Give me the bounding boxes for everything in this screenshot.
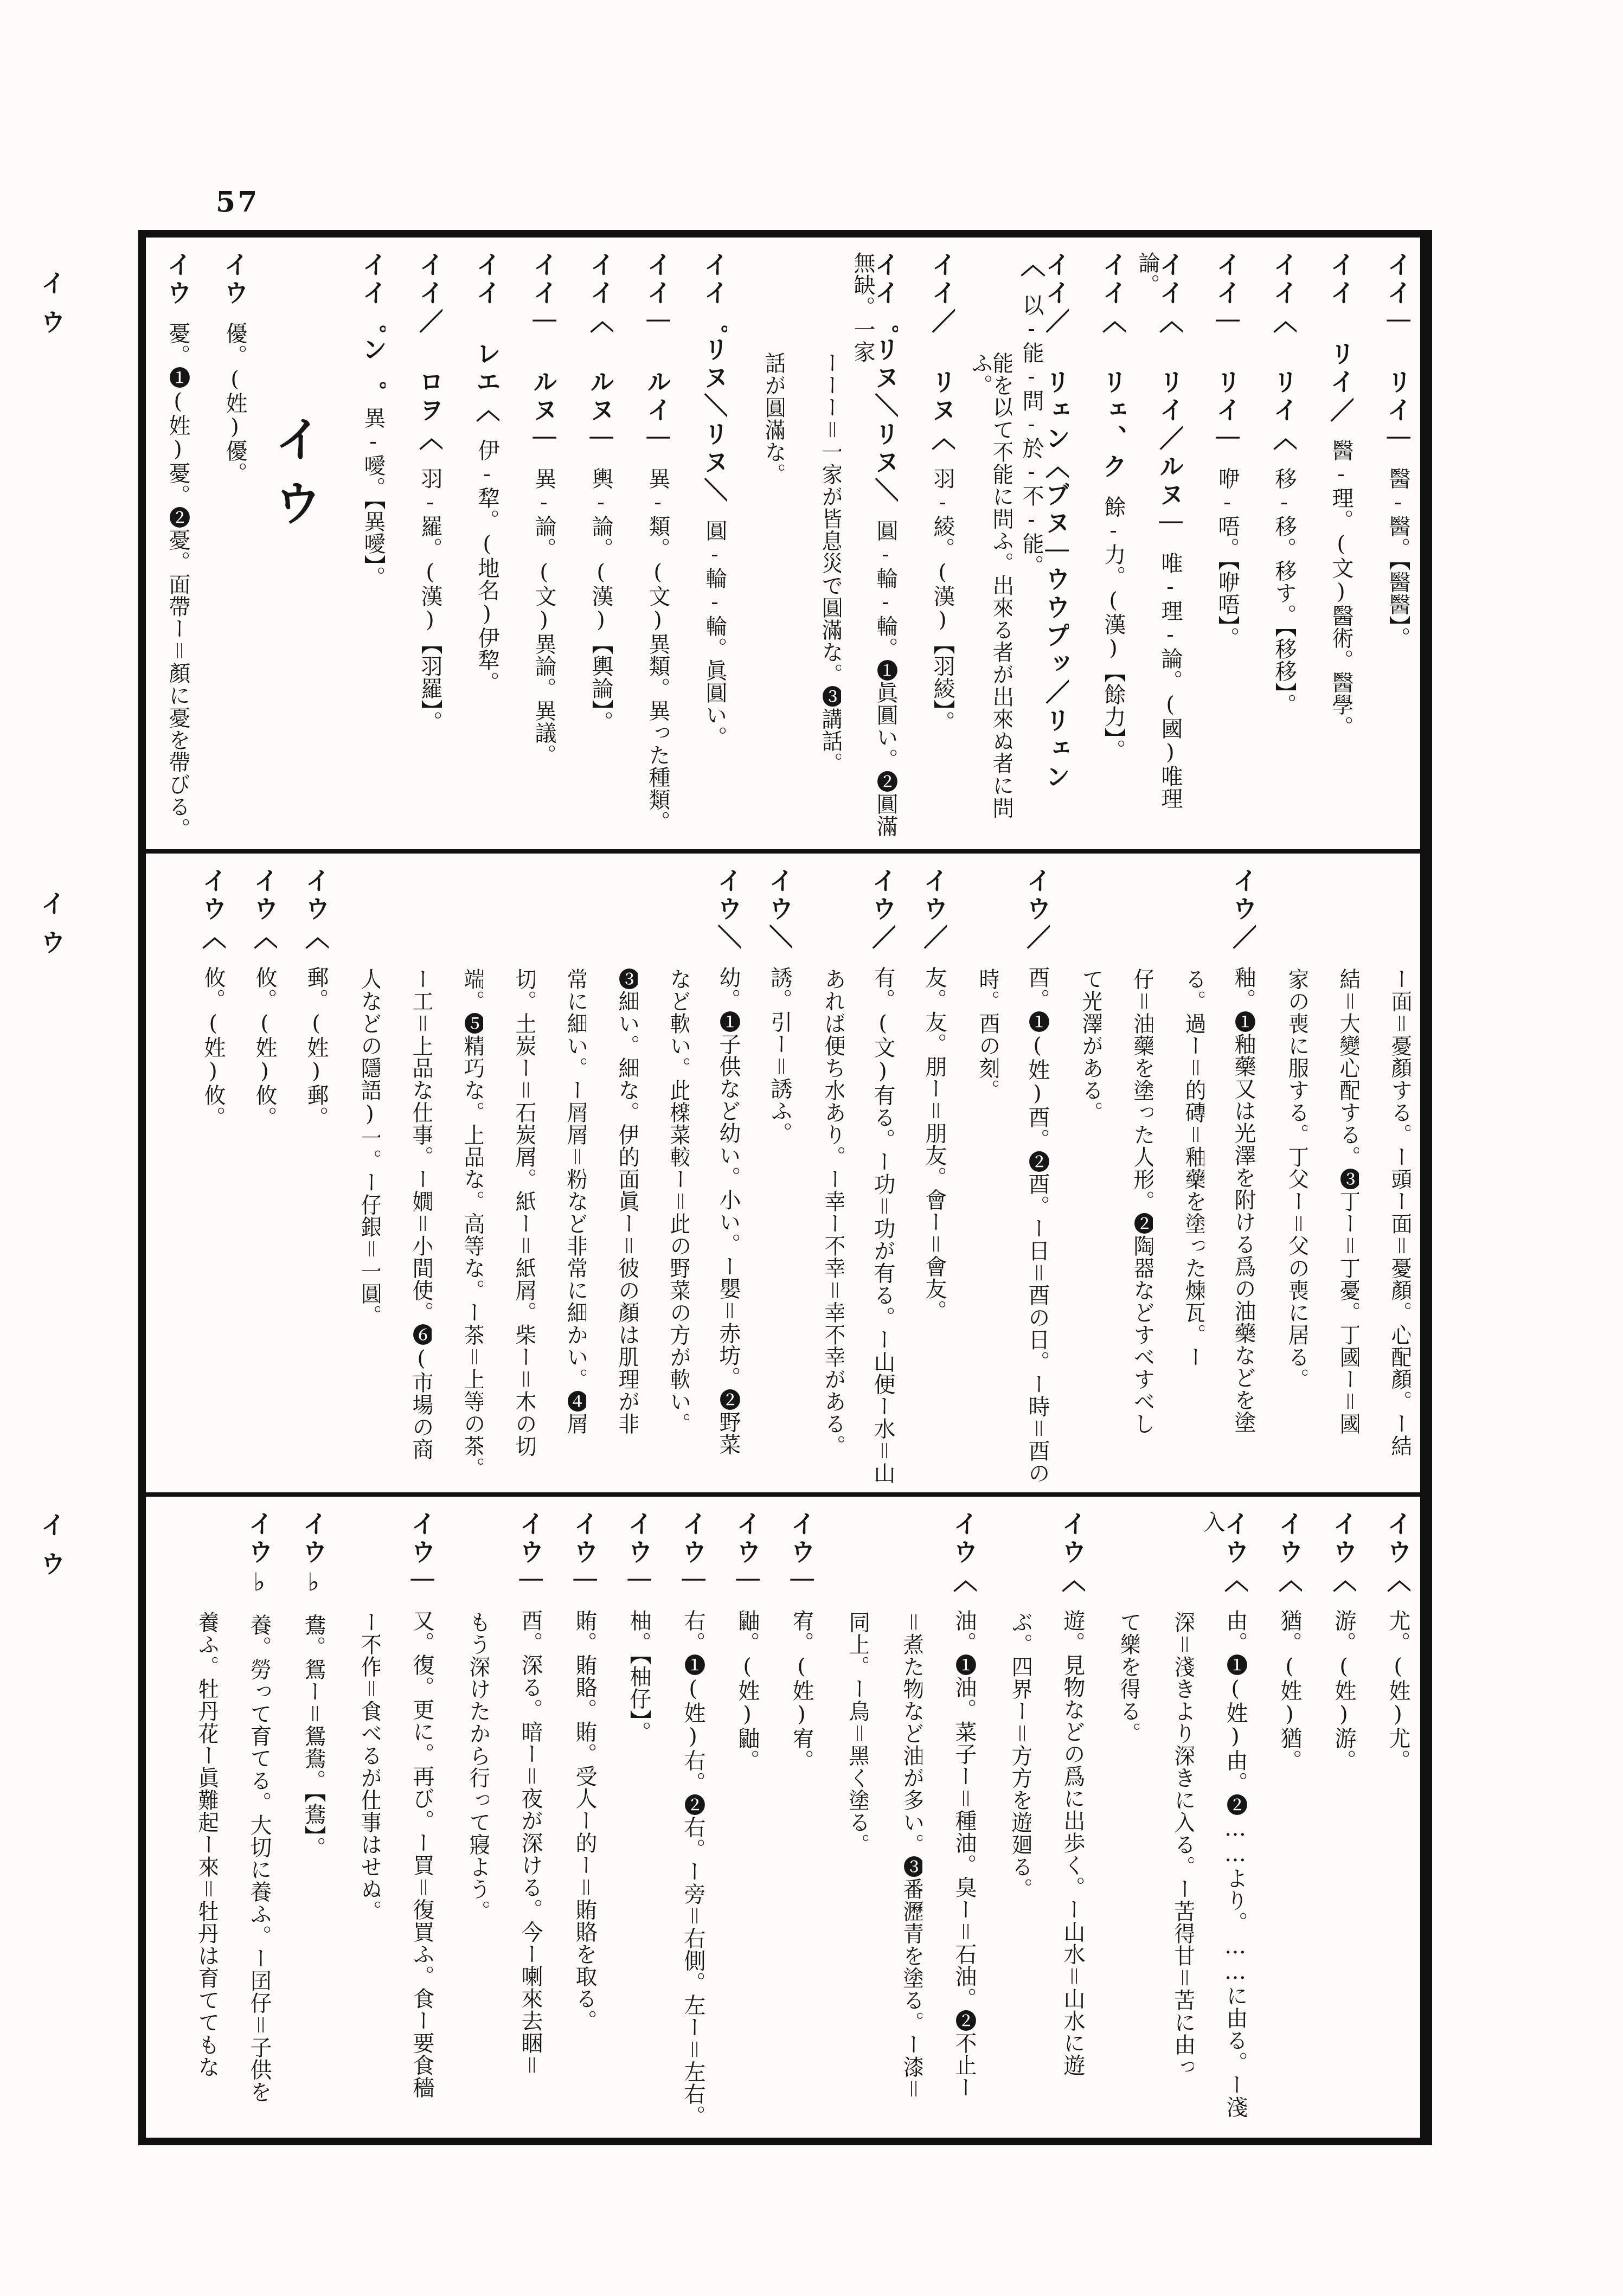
- dictionary-column: 結＝大變心配する。❸丁ー＝丁憂。丁國ー＝國: [1307, 868, 1359, 1485]
- pronunciation-head: イウ〈: [1329, 1511, 1356, 1595]
- dictionary-column: 人などの隱語)一。ー仔銀＝一圓。: [329, 868, 380, 1485]
- entry-text: 移-移。移す。【移移】。: [1272, 467, 1297, 716]
- dictionary-column: イウ｜柚。【柚仔】。: [597, 1511, 651, 2130]
- pronunciation-head: イウ〈: [198, 868, 226, 952]
- entry-text: 時。酉の刻。: [976, 968, 998, 1101]
- entry-text: 人などの隱語)一。ー仔銀＝一圓。: [357, 968, 380, 1327]
- pronunciation-head: イウ｜: [733, 1511, 760, 1595]
- entry-text: 宥。(姓)宥。: [789, 1609, 814, 1772]
- entry-text: ー工＝上品な仕事。ー嫺＝小間使。❻(市場の商: [409, 968, 432, 1460]
- entry-text: 深＝淺きより深きに入る。ー苦得甘＝苦に由っ: [1171, 1611, 1194, 2078]
- entry-text: 酉。深る。暗ー＝夜が深ける。今ー喇來去睏＝: [518, 1609, 543, 2076]
- dictionary-column: ーーー＝一家が皆息災で圓滿な。❸講話。: [784, 252, 841, 842]
- entry-text: 鴦。鴛ー＝鴛鴦。【鴦】。: [301, 1614, 326, 1859]
- entry-text: ー面＝憂顏する。ー頭ー面＝憂顏。心配顏。ー結: [1388, 968, 1410, 1457]
- dictionary-column: る。過ー＝的磚＝釉藥を塗った煉瓦。ー: [1153, 868, 1204, 1485]
- pronunciation-head: イウ／: [1229, 868, 1256, 952]
- dict-section-bottom: イウ〈尤。(姓)尤。イウ〈游。(姓)游。イウ〈猶。(姓)猶。イウ〈由。❶(姓)由…: [146, 1492, 1420, 2138]
- dictionary-column: 話が圓滿な。: [727, 252, 784, 842]
- dictionary-column: 切。土炭ー＝石炭屑。紙ー＝紙屑。柴ー＝木の切: [483, 868, 535, 1485]
- entry-text: 養。勞って育てる。大切に養ふ。ー囝仔＝子供を: [247, 1614, 272, 2103]
- dictionary-column: イイ゜リヌ＼リヌ＼圓-輪-輪。眞圓い。: [670, 252, 727, 842]
- entry-text: 咿-唔。【咿唔】。: [1215, 467, 1240, 649]
- entry-text: 釉。❶釉藥又は光澤を附ける爲の油藥などを塗: [1231, 966, 1256, 1433]
- pronunciation-head: イウ＼: [765, 868, 792, 952]
- pronunciation-head: イウ〈: [301, 868, 329, 952]
- dictionary-column: 同上。ー烏＝黑く塗る。: [814, 1511, 868, 2130]
- entry-text: る。過ー＝的磚＝釉藥を塗った煉瓦。ー: [1182, 968, 1204, 1368]
- dictionary-column: イウ♭鴦。鴛ー＝鴛鴦。【鴦】。: [272, 1511, 326, 2130]
- dictionary-column: など軟い。此檪菜較ー＝此の野菜の方が軟い。: [638, 868, 689, 1485]
- pronunciation-head: イウ／: [920, 868, 947, 952]
- dictionary-column: イウ／有。(文)有る。ー功＝功が有る。ー山便ー水＝山: [844, 868, 895, 1485]
- margin-label: イウ: [31, 270, 69, 348]
- pronunciation-head: イイ゜リヌ＼リヌ＼: [700, 252, 727, 505]
- dictionary-column: イウ〈遊。見物などの爲に出歩く。ー山水＝山水に遊: [1031, 1511, 1085, 2130]
- dictionary-column: イウ〈猶。(姓)猶。: [1248, 1511, 1302, 2130]
- pronunciation-head: イイ〈 リェ、ク: [1099, 252, 1126, 482]
- entry-text: 酉。❶(姓)酉。❷酉。ー日＝酉の日。ー時＝酉の: [1025, 966, 1050, 1484]
- dictionary-column: イイ｜ リイ｜咿-唔。【咿唔】。: [1183, 252, 1240, 842]
- entry-text: 柚。【柚仔】。: [626, 1609, 651, 1743]
- pronunciation-head: イウ｜: [787, 1511, 814, 1595]
- entry-text: 常に細い。ー屑屑＝粉など非常に細かい。❹屑: [563, 968, 586, 1435]
- dictionary-column: 時。酉の刻。: [947, 868, 998, 1485]
- dictionary-column: 常に細い。ー屑屑＝粉など非常に細かい。❹屑: [535, 868, 586, 1485]
- scanned-dictionary-page: { "page": { "number": "57" }, "colors": …: [0, 0, 1623, 2296]
- entry-text: もう深けたから行って寢よう。: [466, 1611, 489, 1922]
- dictionary-column: イイ リイ／醫-理。(文)醫術。醫學。: [1297, 252, 1353, 842]
- dictionary-column: イウ〈游。(姓)游。: [1302, 1511, 1356, 2130]
- dictionary-column: イイ｜ リイ｜醫-醫。【醫醫】。: [1353, 252, 1410, 842]
- entry-text: 又。復。更に。再び。ー買＝復買ふ。食ー要食穡: [409, 1609, 434, 2099]
- entry-text: 尤。(姓)尤。: [1385, 1609, 1410, 1772]
- entry-text: 輿-論。(漢)【輿論】。: [588, 467, 613, 733]
- entry-text: 郵。(姓)郵。: [304, 966, 329, 1128]
- dictionary-column: イウ｜賄。賄賂。賄。受人ー的ー＝賄賂を取る。: [543, 1511, 597, 2130]
- section-heading-column: イウ: [247, 252, 329, 842]
- pronunciation-head: イウ｜: [407, 1511, 434, 1595]
- entry-text: 憂。❶(姓)憂。❷憂。面帶ー＝顏に憂を帶びる。: [165, 322, 190, 840]
- entry-text: ＝煮た物など油が多い。❸番瀝青を塗る。ー漆＝: [900, 1611, 922, 2100]
- dictionary-column: 家の喪に服する。丁父ー＝父の喪に居る。: [1256, 868, 1307, 1485]
- pronunciation-head: イイ｜ ルイ｜: [643, 252, 670, 453]
- entry-text: ー不作＝食べるが仕事はせぬ。: [357, 1611, 380, 1922]
- pronunciation-head: イウ〈: [250, 868, 277, 952]
- dict-section-top: イイ｜ リイ｜醫-醫。【醫醫】。イイ リイ／醫-理。(文)醫術。醫學。イイ〈 リ…: [146, 238, 1420, 849]
- pronunciation-head: イウ〈: [1383, 1511, 1410, 1595]
- entry-text: 油。❶油。菜子ー＝種油。臭ー＝石油。❷不止ー: [952, 1609, 977, 2099]
- dictionary-column: イイ｜ ルヌ｜異-論。(文)異論。異議。: [499, 252, 556, 842]
- dictionary-column: イイ／ ロヲ〈羽-羅。(漢)【羽羅】。: [386, 252, 442, 842]
- dictionary-column: ぶ。四界ー＝方方を遊廻る。: [977, 1511, 1031, 2130]
- dictionary-column: イイ〈 リイ〈移-移。移す。【移移】。: [1240, 252, 1297, 842]
- margin-label: イウ: [31, 1512, 69, 1590]
- pronunciation-head: イウ〈: [1058, 1511, 1085, 1595]
- dictionary-column: ー工＝上品な仕事。ー嫺＝小間使。❻(市場の商: [380, 868, 432, 1485]
- margin-label: イウ: [31, 890, 69, 969]
- pronunciation-head: イウ／: [1023, 868, 1050, 952]
- entry-text: 切。土炭ー＝石炭屑。紙ー＝紙屑。柴ー＝木の切: [512, 968, 535, 1457]
- pronunciation-head: イウ〈: [1275, 1511, 1302, 1595]
- dictionary-column: 養ふ。牡丹花ー眞難起ー來＝牡丹は育ててもな: [163, 1511, 217, 2130]
- pronunciation-head: イウ｜: [624, 1511, 651, 1595]
- pronunciation-head: イウ♭: [299, 1511, 326, 1600]
- content-frame: イイ｜ リイ｜醫-醫。【醫醫】。イイ リイ／醫-理。(文)醫術。醫學。イイ〈 リ…: [138, 230, 1432, 2145]
- dictionary-column: イウ＼誘。引ー＝誘ふ。: [741, 868, 792, 1485]
- entry-text: 由。❶(姓)由。❷……より。……に由る。ー淺入: [1200, 1511, 1248, 2118]
- pronunciation-head: イイ リイ／: [1326, 252, 1353, 425]
- entry-text: 羽-綾。(漢)【羽綾】。: [930, 467, 955, 733]
- entry-text: 餘-力。(漢)【餘力】。: [1101, 496, 1126, 761]
- dictionary-column: イウ♭養。勞って育てる。大切に養ふ。ー囝仔＝子供を: [217, 1511, 272, 2130]
- dictionary-column: イウ＼幼。❶子供など幼い。小い。ー嬰＝赤坊。❷野菜: [689, 868, 741, 1485]
- dictionary-column: ー面＝憂顏する。ー頭ー面＝憂顏。心配顏。ー結: [1359, 868, 1410, 1485]
- dictionary-column: イウ｜右。❶(姓)右。❷右。ー旁＝右側。左ー＝左右。: [651, 1511, 705, 2130]
- pronunciation-head: イイ｜ リイ｜: [1383, 252, 1410, 453]
- dictionary-column: イウ〈郵。(姓)郵。: [277, 868, 329, 1485]
- entry-text: 有。(文)有る。ー功＝功が有る。ー山便ー水＝山: [870, 966, 895, 1484]
- pronunciation-head: イウ｜: [570, 1511, 597, 1595]
- pronunciation-head: イウ＼: [714, 868, 741, 952]
- pronunciation-head: イウ♭: [245, 1511, 272, 1600]
- dictionary-column: イウ憂。❶(姓)憂。❷憂。面帶ー＝顏に憂を帶びる。: [146, 252, 190, 842]
- dictionary-column: 仔＝油藥を塗った人形。❷陶器などすべすべし: [1101, 868, 1153, 1485]
- dictionary-column: イイ〈 リイ／ルヌ｜唯-理-論。(國)唯理論。: [1126, 252, 1183, 842]
- dictionary-column: 能を以て不能に問ふ。出來る者が出來ぬ者に問ふ。: [955, 252, 1012, 842]
- entry-text: て光澤がある。: [1079, 968, 1101, 1124]
- dictionary-column: て光澤がある。: [1050, 868, 1101, 1485]
- dictionary-column: イウ｜宥。(姓)宥。: [760, 1511, 814, 2130]
- entry-text: 攸。(姓)攸。: [201, 966, 226, 1128]
- dictionary-column: イウ／友。友。朋ー＝朋友。會ー＝會友。: [895, 868, 947, 1485]
- entry-text: 話が圓滿な。: [761, 352, 784, 485]
- dictionary-column: イイ゜ン゜異-噯。【異噯】。: [329, 252, 386, 842]
- entry-text: 異-論。(文)異論。異議。: [531, 467, 556, 766]
- dictionary-column: あれば便ち水あり。ー幸ー不幸＝幸不幸がある。: [792, 868, 844, 1485]
- entry-text: ❸細い。細な。伊的面眞ー＝彼の顏は肌理が非: [615, 968, 638, 1435]
- entry-text: 結＝大變心配する。❸丁ー＝丁憂。丁國ー＝國: [1336, 968, 1359, 1435]
- pronunciation-head: イイ〈 ルヌ｜: [586, 252, 613, 453]
- entry-text: 幼。❶子供など幼い。小い。ー嬰＝赤坊。❷野菜: [716, 966, 741, 1455]
- entry-text: など軟い。此檪菜較ー＝此の野菜の方が軟い。: [666, 968, 689, 1435]
- pronunciation-head: イイ／ リヌ〈: [928, 252, 955, 453]
- pronunciation-head: イイ／ ロヲ〈: [415, 252, 442, 453]
- pronunciation-head: イウ: [220, 252, 247, 308]
- dictionary-column: イウ｜酉。深る。暗ー＝夜が深ける。今ー喇來去睏＝: [489, 1511, 543, 2130]
- dictionary-column: イイ〈 ルヌ｜輿-論。(漢)【輿論】。: [556, 252, 613, 842]
- pronunciation-head: イウ／: [868, 868, 895, 952]
- entry-text: 鼬。(姓)鼬。: [735, 1609, 760, 1772]
- entry-text: 賄。賄賂。賄。受人ー的ー＝賄賂を取る。: [572, 1609, 597, 2032]
- dictionary-column: ー不作＝食べるが仕事はせぬ。: [326, 1511, 380, 2130]
- entry-text: 家の喪に服する。丁父ー＝父の喪に居る。: [1285, 968, 1307, 1390]
- dictionary-column: イウ優。(姓)優。: [190, 252, 247, 842]
- pronunciation-head: イウ｜: [678, 1511, 705, 1595]
- entry-text: 端。❺精巧な。上品な。高等な。ー茶＝上等の茶。: [460, 968, 483, 1479]
- dictionary-column: イイ レエ〈伊-犂。(地名)伊犂。: [442, 252, 499, 842]
- pronunciation-head: イイ｜ ルヌ｜: [529, 252, 556, 453]
- entry-text: 能を以て不能に問ふ。出來る者が出來ぬ者に問ふ。: [968, 352, 1012, 819]
- pronunciation-head: イウ: [163, 252, 190, 308]
- entry-text: 異-噯。【異噯】。: [361, 407, 386, 588]
- dictionary-column: イウ〈尤。(姓)尤。: [1356, 1511, 1410, 2130]
- entry-text: 優。(姓)優。: [222, 322, 247, 484]
- entry-text: 友。友。朋ー＝朋友。會ー＝會友。: [922, 966, 947, 1322]
- dictionary-column: イウ｜鼬。(姓)鼬。: [705, 1511, 760, 2130]
- dictionary-column: イイ／ リェン〈ブヌ｜ウウプッ／リェン〈以-能-問-於-不-能。: [1012, 252, 1069, 842]
- dictionary-column: イウ〈攸。(姓)攸。: [174, 868, 226, 1485]
- dictionary-column: ❸細い。細な。伊的面眞ー＝彼の顏は肌理が非: [586, 868, 638, 1485]
- pronunciation-head: イウ｜: [516, 1511, 543, 1595]
- dictionary-column: イウ〈攸。(姓)攸。: [226, 868, 277, 1485]
- dictionary-column: イウ〈由。❶(姓)由。❷……より。……に由る。ー淺入: [1194, 1511, 1248, 2130]
- dictionary-column: 端。❺精巧な。上品な。高等な。ー茶＝上等の茶。: [432, 868, 483, 1485]
- entry-text: 養ふ。牡丹花ー眞難起ー來＝牡丹は育ててもな: [195, 1611, 217, 2078]
- entry-text: 圓-輪-輪。眞圓い。: [702, 520, 727, 748]
- entry-text: 誘。引ー＝誘ふ。: [767, 966, 792, 1144]
- dict-section-middle: ー面＝憂顏する。ー頭ー面＝憂顏。心配顏。ー結結＝大變心配する。❸丁ー＝丁憂。丁國…: [146, 849, 1420, 1492]
- dictionary-column: 深＝淺きより深きに入る。ー苦得甘＝苦に由っ: [1139, 1511, 1194, 2130]
- entry-text: 游。(姓)游。: [1331, 1609, 1356, 1772]
- pronunciation-head: イイ レエ〈: [472, 252, 499, 425]
- entry-text: て樂を得る。: [1117, 1611, 1139, 1745]
- dictionary-column: イイ／ リヌ〈羽-綾。(漢)【羽綾】。: [898, 252, 955, 842]
- dictionary-column: イイ゜リヌ＼リヌ＼圓-輪-輪。❶眞圓い。❷圓滿無缺。一家: [841, 252, 898, 842]
- pronunciation-head: イウ〈: [950, 1511, 977, 1595]
- entry-text: あれば便ち水あり。ー幸ー不幸＝幸不幸がある。: [821, 968, 844, 1457]
- entry-text: 伊-犂。(地名)伊犂。: [474, 439, 499, 694]
- entry-text: 以-能-問-於-不-能。: [1019, 294, 1044, 577]
- dictionary-column: イウ｜又。復。更に。再び。ー買＝復買ふ。食ー要食穡: [380, 1511, 434, 2130]
- dictionary-column: イウ／酉。❶(姓)酉。❷酉。ー日＝酉の日。ー時＝酉の: [998, 868, 1050, 1485]
- pronunciation-head: イイ｜ リイ｜: [1213, 252, 1240, 453]
- entry-text: 羽-羅。(漢)【羽羅】。: [418, 467, 442, 733]
- dictionary-column: て樂を得る。: [1085, 1511, 1139, 2130]
- entry-text: 猶。(姓)猶。: [1277, 1609, 1302, 1772]
- entry-text: ぶ。四界ー＝方方を遊廻る。: [1008, 1611, 1031, 1900]
- dictionary-column: ＝煮た物など油が多い。❸番瀝青を塗る。ー漆＝: [868, 1511, 922, 2130]
- dictionary-column: イウ／釉。❶釉藥又は光澤を附ける爲の油藥などを塗: [1204, 868, 1256, 1485]
- dictionary-column: イイ〈 リェ、ク餘-力。(漢)【餘力】。: [1069, 252, 1126, 842]
- entry-text: 仔＝油藥を塗った人形。❷陶器などすべすべし: [1130, 968, 1153, 1435]
- entry-text: 遊。見物などの爲に出歩く。ー山水＝山水に遊: [1060, 1609, 1085, 2076]
- entry-text: 右。❶(姓)右。❷右。ー旁＝右側。左ー＝左右。: [681, 1609, 705, 2127]
- dictionary-column: もう深けたから行って寢よう。: [434, 1511, 489, 2130]
- pronunciation-head: イイ〈 リイ〈: [1269, 252, 1297, 453]
- pronunciation-head: イイ゜ン゜: [358, 252, 386, 393]
- entry-text: 醫-醫。【醫醫】。: [1385, 467, 1410, 649]
- entry-text: 醫-理。(文)醫術。醫學。: [1329, 439, 1353, 738]
- page-number: 57: [216, 185, 259, 219]
- entry-text: ーーー＝一家が皆息災で圓滿な。❸講話。: [818, 352, 841, 774]
- dictionary-column: イイ｜ ルイ｜異-類。(文)異類。異った種類。: [613, 252, 670, 842]
- entry-text: 異-類。(文)異類。異った種類。: [645, 467, 670, 833]
- entry-text: 同上。ー烏＝黑く塗る。: [845, 1611, 868, 1856]
- dictionary-column: イウ〈油。❶油。菜子ー＝種油。臭ー＝石油。❷不止ー: [922, 1511, 977, 2130]
- entry-text: 攸。(姓)攸。: [252, 966, 277, 1128]
